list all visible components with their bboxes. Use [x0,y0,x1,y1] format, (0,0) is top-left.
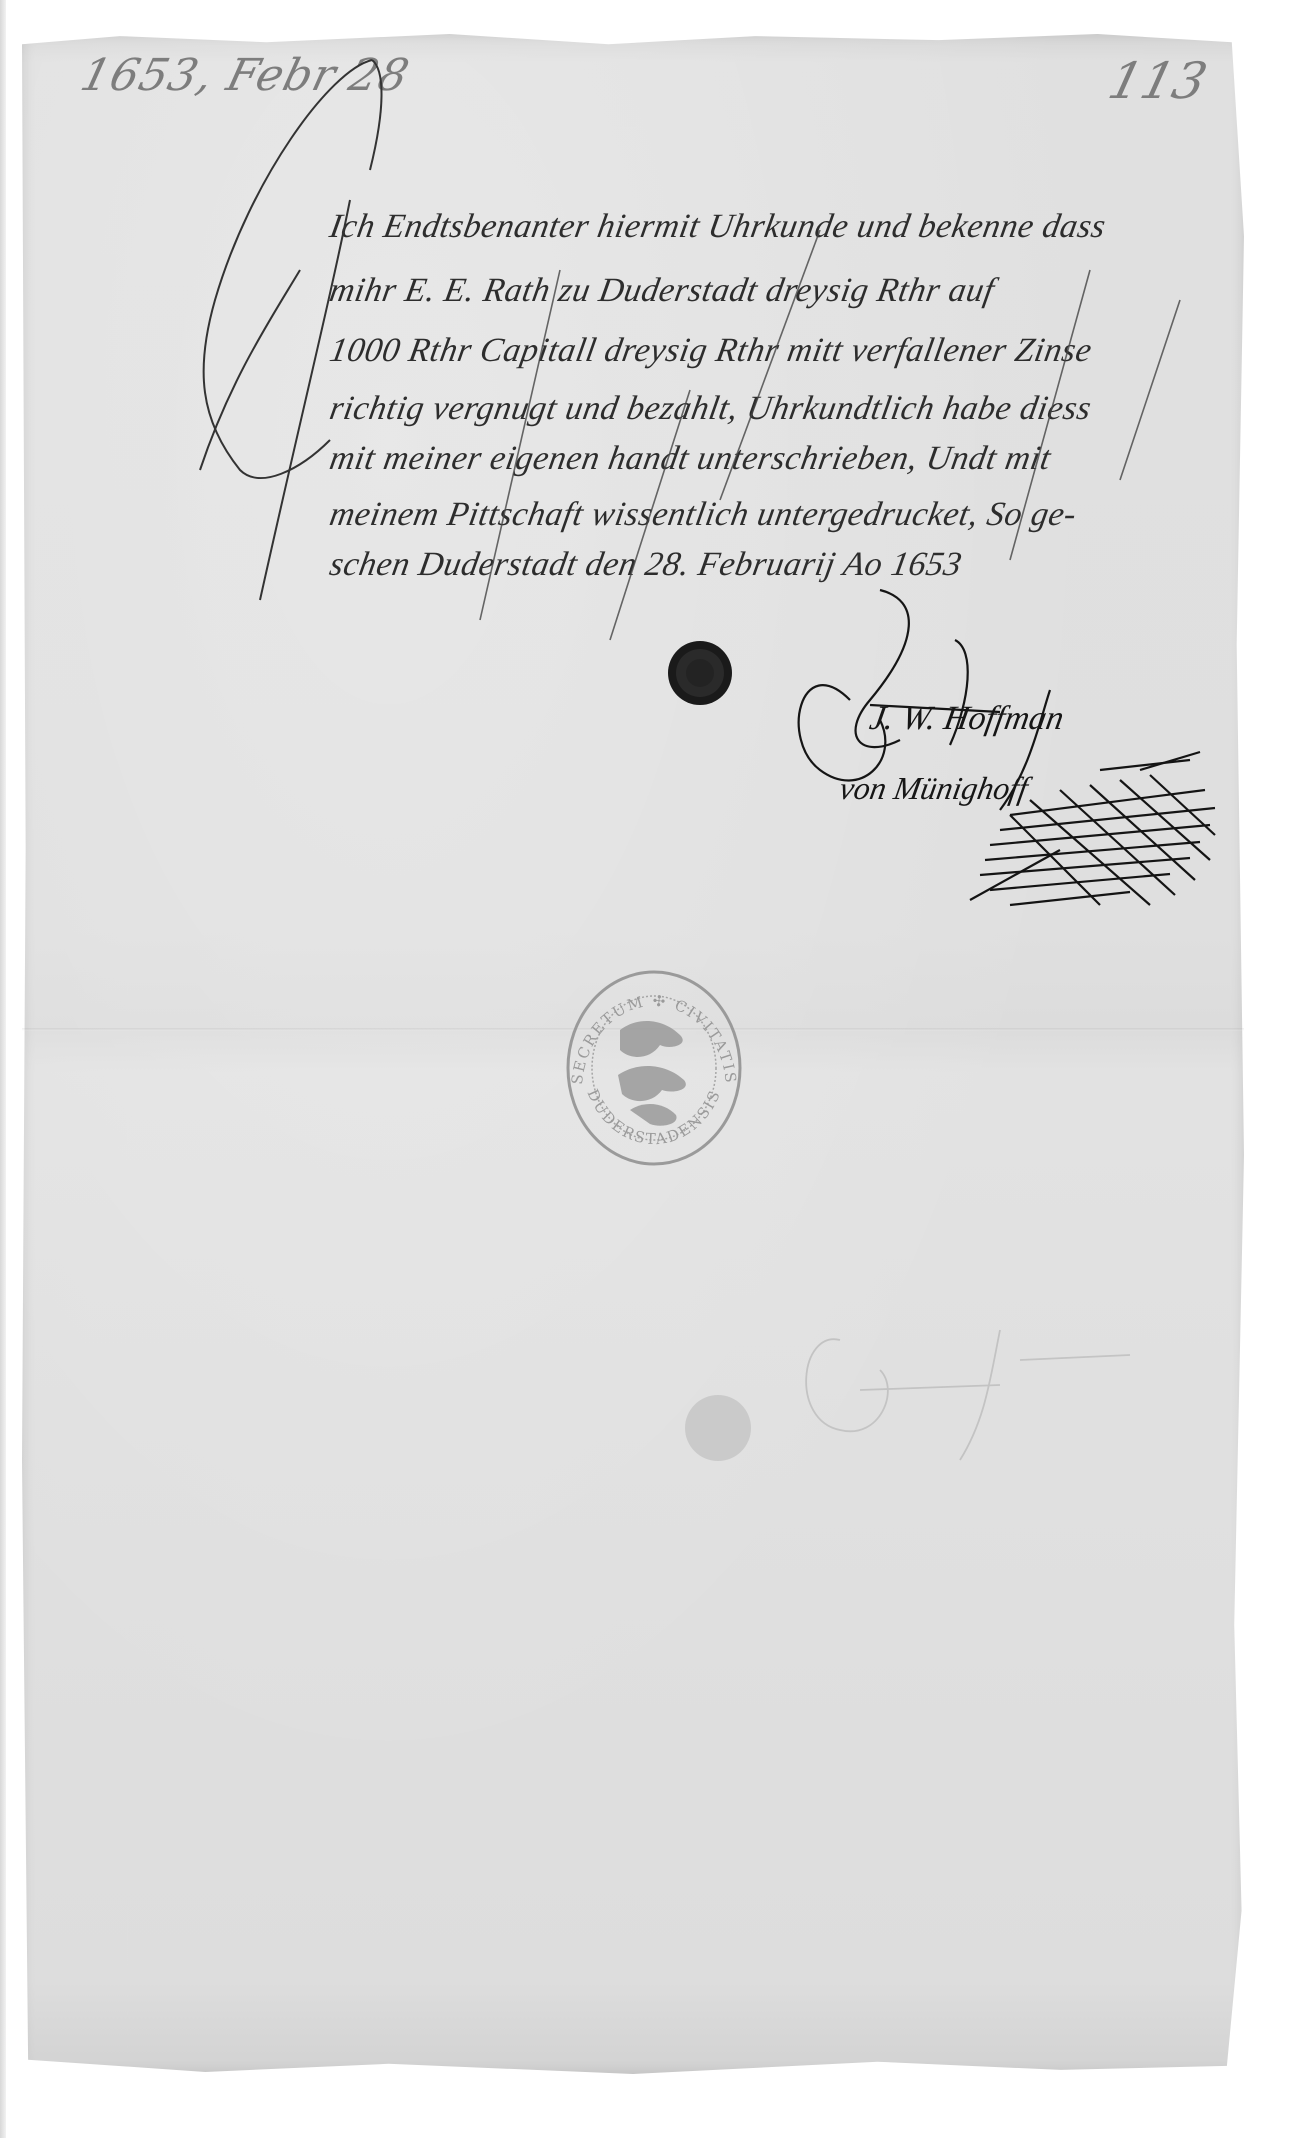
ink-graphics-layer: SECRETUM ✣ CIVITATIS DUDERSTADENSIS [0,0,1308,2138]
descender-strokes [480,230,1180,640]
wax-seal-icon [668,641,732,705]
city-stamp-icon: SECRETUM ✣ CIVITATIS DUDERSTADENSIS [568,972,740,1164]
signature-title: von Münighoff [837,770,1031,807]
initial-flourish-icon [200,60,382,600]
bleed-through-signature [806,1330,1130,1460]
signature-name: J. W. Hoffman [867,700,1067,738]
stain-spot [685,1395,751,1461]
